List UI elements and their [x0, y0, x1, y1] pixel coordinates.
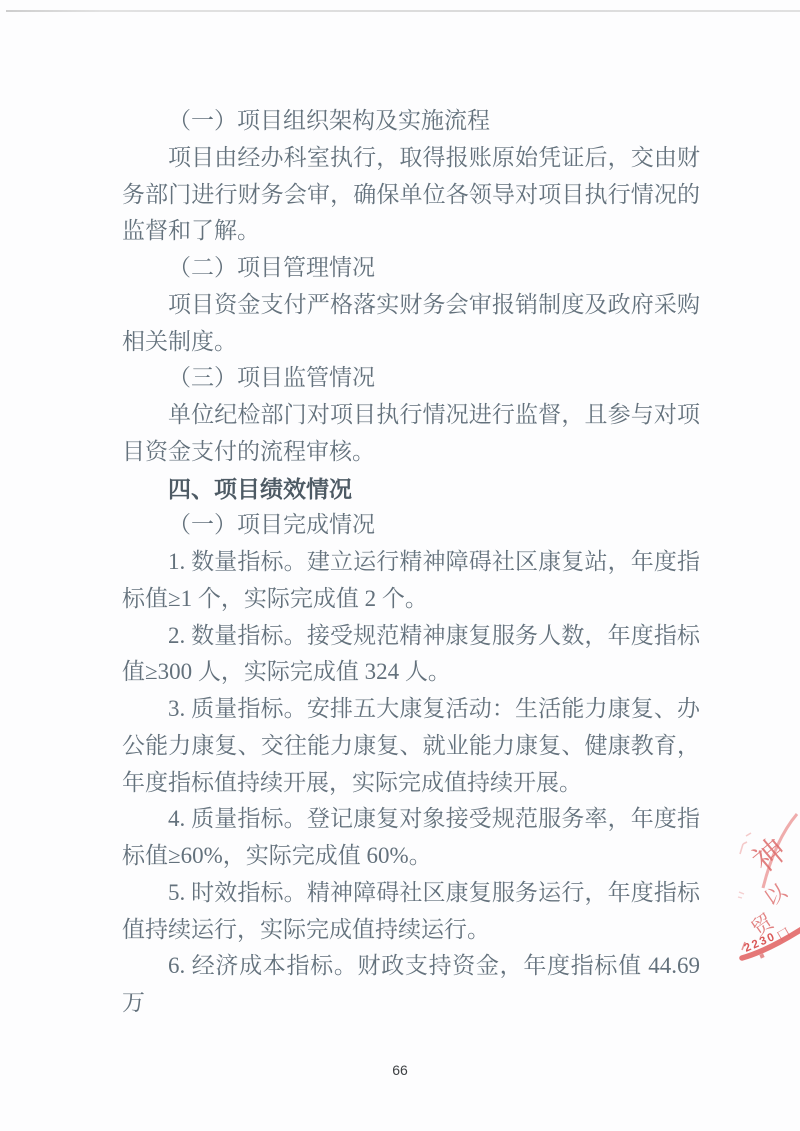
- paragraph: 4. 质量指标。登记康复对象接受规范服务率，年度指标值≥60%，实际完成值 60…: [122, 801, 700, 875]
- paragraph: 项目资金支付严格落实财务会审报销制度及政府采购相关制度。: [122, 287, 700, 361]
- section-heading: 四、项目绩效情况: [122, 471, 700, 508]
- paragraph: （二）项目管理情况: [122, 250, 700, 287]
- seal-fragment-marks: [740, 833, 751, 854]
- paragraph: 项目由经办科室执行，取得报账原始凭证后，交由财务部门进行财务会审，确保单位各领导…: [122, 140, 700, 250]
- seal-ring-arc-top: [763, 814, 797, 888]
- scan-edge-artifact: [6, 10, 800, 12]
- document-body: （一）项目组织架构及实施流程 项目由经办科室执行，取得报账原始凭证后，交由财务部…: [122, 103, 700, 1022]
- official-seal-icon: 神 以 贸 口 2230: [718, 798, 800, 980]
- seal-glyph: 神: [746, 831, 794, 879]
- seal-glyph: 贸: [747, 909, 779, 941]
- paragraph: （一）项目组织架构及实施流程: [122, 103, 700, 140]
- page-number: 66: [0, 1062, 800, 1078]
- paragraph: 3. 质量指标。安排五大康复活动：生活能力康复、办公能力康复、交往能力康复、就业…: [122, 691, 700, 801]
- seal-partial-digit: [742, 942, 745, 950]
- seal-tick-mark: [759, 953, 764, 958]
- seal-fragment-marks: [738, 892, 744, 898]
- paragraph: 5. 时效指标。精神障碍社区康复服务运行，年度指标值持续运行，实际完成值持续运行…: [122, 875, 700, 949]
- paragraph: （一）项目完成情况: [122, 507, 700, 544]
- document-page: （一）项目组织架构及实施流程 项目由经办科室执行，取得报账原始凭证后，交由财务部…: [0, 0, 800, 1131]
- paragraph: 单位纪检部门对项目执行情况进行监督，且参与对项目资金支付的流程审核。: [122, 397, 700, 471]
- seal-glyph: 以: [760, 879, 792, 911]
- seal-ring-arc-bottom: [742, 929, 800, 958]
- seal-glyph: 口: [774, 925, 794, 945]
- paragraph: 6. 经济成本指标。财政支持资金，年度指标值 44.69 万: [122, 948, 700, 1022]
- seal-number: 2230: [742, 931, 778, 955]
- paragraph: 1. 数量指标。建立运行精神障碍社区康复站，年度指标值≥1 个，实际完成值 2 …: [122, 544, 700, 618]
- paragraph: 2. 数量指标。接受规范精神康复服务人数，年度指标值≥300 人，实际完成值 3…: [122, 618, 700, 692]
- paragraph: （三）项目监管情况: [122, 360, 700, 397]
